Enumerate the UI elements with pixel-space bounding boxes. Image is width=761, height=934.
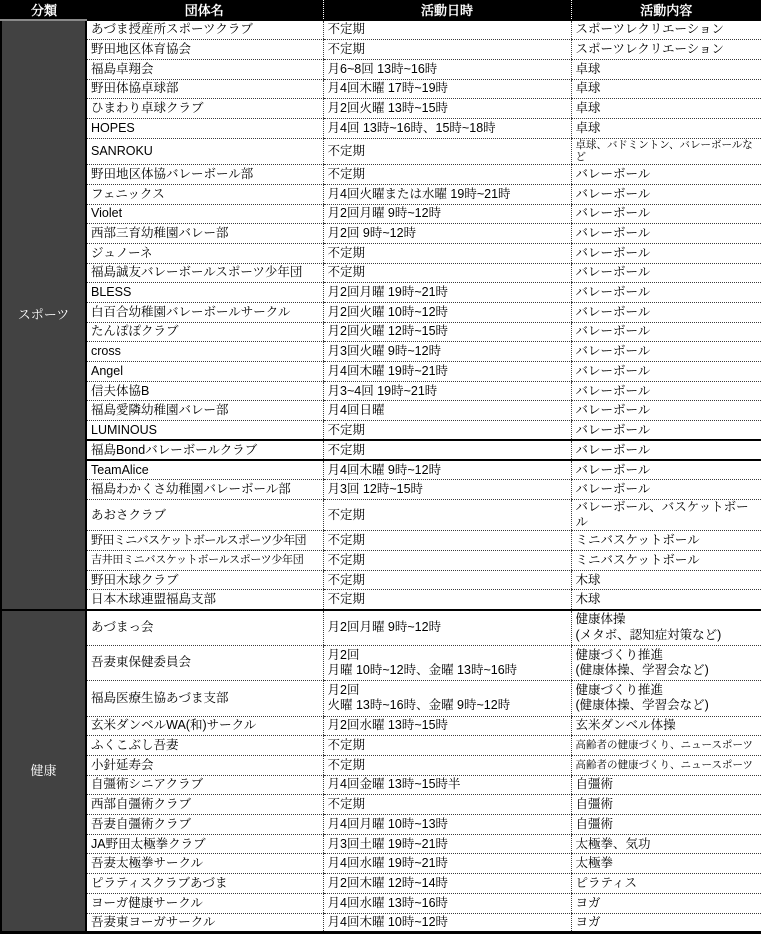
activity-content-cell: 自彊術	[571, 775, 761, 795]
group-name-cell: フェニックス	[86, 184, 323, 204]
activity-content-cell: 自彊術	[571, 795, 761, 815]
table-header: 分類 団体名 活動日時 活動内容	[1, 0, 761, 20]
table-row: TeamAlice月4回木曜 9時~12時バレーボール	[1, 460, 761, 480]
schedule-cell: 不定期	[323, 590, 571, 610]
group-name-cell: あおさクラブ	[86, 499, 323, 531]
activity-content-cell: バレーボール	[571, 165, 761, 185]
table-row: 福島医療生協あづま支部月2回 火曜 13時~16時、金曜 9時~12時健康づくり…	[1, 681, 761, 717]
schedule-cell: 月3回 12時~15時	[323, 480, 571, 500]
table-row: 福島誠友バレーボールスポーツ少年団不定期バレーボール	[1, 263, 761, 283]
group-name-cell: 西部三育幼稚園バレー部	[86, 224, 323, 244]
table-row: 野田地区体育協会不定期スポーツレクリエーション	[1, 40, 761, 60]
schedule-cell: 月4回木曜 19時~21時	[323, 362, 571, 382]
activity-content-cell: 太極拳、気功	[571, 834, 761, 854]
group-name-cell: 西部自彊術クラブ	[86, 795, 323, 815]
column-header-category: 分類	[1, 0, 86, 20]
table-row: 吉井田ミニバスケットボールスポーツ少年団不定期ミニバスケットボール	[1, 551, 761, 571]
group-name-cell: 野田地区体育協会	[86, 40, 323, 60]
schedule-cell: 月4回日曜	[323, 401, 571, 421]
group-name-cell: ひまわり卓球クラブ	[86, 99, 323, 119]
activity-content-cell: バレーボール	[571, 342, 761, 362]
group-name-cell: 日本木球連盟福島支部	[86, 590, 323, 610]
schedule-cell: 不定期	[323, 551, 571, 571]
table-row: 玄米ダンベルWA(和)サークル月2回水曜 13時~15時玄米ダンベル体操	[1, 716, 761, 736]
group-name-cell: HOPES	[86, 118, 323, 138]
group-name-cell: 野田ミニバスケットボールスポーツ少年団	[86, 531, 323, 551]
group-name-cell: 吾妻自彊術クラブ	[86, 815, 323, 835]
group-name-cell: ヨーガ健康サークル	[86, 893, 323, 913]
activity-content-cell: バレーボール	[571, 440, 761, 460]
group-name-cell: 福島医療生協あづま支部	[86, 681, 323, 717]
schedule-cell: 月4回 13時~16時、15時~18時	[323, 118, 571, 138]
table-row: ジュノーネ不定期バレーボール	[1, 243, 761, 263]
group-name-cell: BLESS	[86, 283, 323, 303]
table-row: 自彊術シニアクラブ月4回金曜 13時~15時半自彊術	[1, 775, 761, 795]
table-row: Angel月4回木曜 19時~21時バレーボール	[1, 362, 761, 382]
activity-content-cell: バレーボール、バスケットボール	[571, 499, 761, 531]
schedule-cell: 不定期	[323, 263, 571, 283]
category-cell: 健康	[1, 610, 86, 933]
schedule-cell: 月2回火曜 13時~15時	[323, 99, 571, 119]
activity-content-cell: バレーボール	[571, 243, 761, 263]
schedule-cell: 月2回火曜 12時~15時	[323, 322, 571, 342]
activity-content-cell: バレーボール	[571, 460, 761, 480]
activity-content-cell: 卓球	[571, 59, 761, 79]
schedule-cell: 月4回木曜 10時~12時	[323, 913, 571, 933]
group-name-cell: 玄米ダンベルWA(和)サークル	[86, 716, 323, 736]
activity-content-cell: ミニバスケットボール	[571, 531, 761, 551]
category-cell: スポーツ	[1, 20, 86, 610]
group-name-cell: 野田体協卓球部	[86, 79, 323, 99]
group-name-cell: JA野田太極拳クラブ	[86, 834, 323, 854]
schedule-cell: 不定期	[323, 499, 571, 531]
schedule-cell: 月3回土曜 19時~21時	[323, 834, 571, 854]
group-name-cell: 白百合幼稚園バレーボールサークル	[86, 303, 323, 323]
table-row: 健康あづまっ会月2回月曜 9時~12時健康体操 (メタボ、認知症対策など)	[1, 610, 761, 646]
activity-content-cell: バレーボール	[571, 421, 761, 441]
activity-content-cell: 木球	[571, 590, 761, 610]
table-row: 白百合幼稚園バレーボールサークル月2回火曜 10時~12時バレーボール	[1, 303, 761, 323]
schedule-cell: 月4回木曜 9時~12時	[323, 460, 571, 480]
table-row: 福島卓翔会月6~8回 13時~16時卓球	[1, 59, 761, 79]
group-name-cell: 福島愛隣幼稚園バレー部	[86, 401, 323, 421]
activity-content-cell: 卓球	[571, 118, 761, 138]
table-row: SANROKU不定期卓球、バドミントン、バレーボールなど	[1, 138, 761, 165]
schedule-cell: 月4回金曜 13時~15時半	[323, 775, 571, 795]
activity-content-cell: 健康体操 (メタボ、認知症対策など)	[571, 610, 761, 646]
table-row: 吾妻自彊術クラブ月4回月曜 10時~13時自彊術	[1, 815, 761, 835]
schedule-cell: 月2回月曜 9時~12時	[323, 204, 571, 224]
table-row: 野田木球クラブ不定期木球	[1, 570, 761, 590]
table-row: ふくこぶし吾妻不定期高齢者の健康づくり、ニュースポーツ	[1, 736, 761, 756]
activity-content-cell: 太極拳	[571, 854, 761, 874]
schedule-cell: 月6~8回 13時~16時	[323, 59, 571, 79]
schedule-cell: 不定期	[323, 795, 571, 815]
schedule-cell: 月2回木曜 12時~14時	[323, 874, 571, 894]
activity-content-cell: バレーボール	[571, 322, 761, 342]
schedule-cell: 不定期	[323, 165, 571, 185]
activity-content-cell: バレーボール	[571, 401, 761, 421]
table-row: 福島Bondバレーボールクラブ不定期バレーボール	[1, 440, 761, 460]
table-row: HOPES月4回 13時~16時、15時~18時卓球	[1, 118, 761, 138]
schedule-cell: 月2回 月曜 10時~12時、金曜 13時~16時	[323, 645, 571, 681]
group-name-cell: 吾妻太極拳サークル	[86, 854, 323, 874]
schedule-cell: 月2回月曜 9時~12時	[323, 610, 571, 646]
activity-content-cell: バレーボール	[571, 303, 761, 323]
group-name-cell: ピラティスクラブあづま	[86, 874, 323, 894]
table-row: ヨーガ健康サークル月4回水曜 13時~16時ヨガ	[1, 893, 761, 913]
activity-content-cell: スポーツレクリエーション	[571, 20, 761, 40]
column-header-content: 活動内容	[571, 0, 761, 20]
table-row: 吾妻太極拳サークル月4回水曜 19時~21時太極拳	[1, 854, 761, 874]
group-name-cell: Angel	[86, 362, 323, 382]
table-row: 野田地区体協バレーボール部不定期バレーボール	[1, 165, 761, 185]
group-name-cell: 自彊術シニアクラブ	[86, 775, 323, 795]
table-row: 福島わかくさ幼稚園バレーボール部月3回 12時~15時バレーボール	[1, 480, 761, 500]
table-row: 吾妻東ヨーガサークル月4回木曜 10時~12時ヨガ	[1, 913, 761, 933]
activity-content-cell: ヨガ	[571, 893, 761, 913]
group-name-cell: あづまっ会	[86, 610, 323, 646]
table-row: 日本木球連盟福島支部不定期木球	[1, 590, 761, 610]
table-row: cross月3回火曜 9時~12時バレーボール	[1, 342, 761, 362]
table-row: ピラティスクラブあづま月2回木曜 12時~14時ピラティス	[1, 874, 761, 894]
activity-content-cell: 健康づくり推進 (健康体操、学習会など)	[571, 645, 761, 681]
activity-content-cell: ヨガ	[571, 913, 761, 933]
group-name-cell: 福島誠友バレーボールスポーツ少年団	[86, 263, 323, 283]
schedule-cell: 月4回月曜 10時~13時	[323, 815, 571, 835]
table-row: 野田体協卓球部月4回木曜 17時~19時卓球	[1, 79, 761, 99]
schedule-cell: 不定期	[323, 40, 571, 60]
schedule-cell: 月3回火曜 9時~12時	[323, 342, 571, 362]
activity-content-cell: 健康づくり推進 (健康体操、学習会など)	[571, 681, 761, 717]
group-name-cell: 吾妻東ヨーガサークル	[86, 913, 323, 933]
schedule-cell: 月4回木曜 17時~19時	[323, 79, 571, 99]
group-name-cell: 野田地区体協バレーボール部	[86, 165, 323, 185]
schedule-cell: 不定期	[323, 421, 571, 441]
table-row: ひまわり卓球クラブ月2回火曜 13時~15時卓球	[1, 99, 761, 119]
schedule-cell: 不定期	[323, 243, 571, 263]
table-row: 小針延寿会不定期高齢者の健康づくり、ニュースポーツ	[1, 756, 761, 776]
activity-content-cell: バレーボール	[571, 224, 761, 244]
table-row: 信夫体協B月3~4回 19時~21時バレーボール	[1, 381, 761, 401]
table-row: スポーツあづま授産所スポーツクラブ不定期スポーツレクリエーション	[1, 20, 761, 40]
schedule-cell: 不定期	[323, 756, 571, 776]
group-name-cell: 吉井田ミニバスケットボールスポーツ少年団	[86, 551, 323, 571]
group-name-cell: あづま授産所スポーツクラブ	[86, 20, 323, 40]
table-row: 吾妻東保健委員会月2回 月曜 10時~12時、金曜 13時~16時健康づくり推進…	[1, 645, 761, 681]
page: 分類 団体名 活動日時 活動内容 スポーツあづま授産所スポーツクラブ不定期スポー…	[0, 0, 761, 934]
schedule-cell: 月4回火曜または水曜 19時~21時	[323, 184, 571, 204]
schedule-cell: 月2回月曜 19時~21時	[323, 283, 571, 303]
group-name-cell: 野田木球クラブ	[86, 570, 323, 590]
activity-content-cell: ミニバスケットボール	[571, 551, 761, 571]
community-clubs-table: 分類 団体名 活動日時 活動内容 スポーツあづま授産所スポーツクラブ不定期スポー…	[0, 0, 761, 934]
activity-content-cell: 卓球	[571, 99, 761, 119]
column-header-schedule: 活動日時	[323, 0, 571, 20]
activity-content-cell: 卓球、バドミントン、バレーボールなど	[571, 138, 761, 165]
group-name-cell: Violet	[86, 204, 323, 224]
group-name-cell: 吾妻東保健委員会	[86, 645, 323, 681]
schedule-cell: 月2回 9時~12時	[323, 224, 571, 244]
group-name-cell: TeamAlice	[86, 460, 323, 480]
schedule-cell: 不定期	[323, 531, 571, 551]
activity-content-cell: 高齢者の健康づくり、ニュースポーツ	[571, 756, 761, 776]
schedule-cell: 不定期	[323, 440, 571, 460]
schedule-cell: 月2回 火曜 13時~16時、金曜 9時~12時	[323, 681, 571, 717]
header-row: 分類 団体名 活動日時 活動内容	[1, 0, 761, 20]
activity-content-cell: バレーボール	[571, 362, 761, 382]
activity-content-cell: 自彊術	[571, 815, 761, 835]
table-row: LUMINOUS不定期バレーボール	[1, 421, 761, 441]
schedule-cell: 月2回水曜 13時~15時	[323, 716, 571, 736]
table-row: BLESS月2回月曜 19時~21時バレーボール	[1, 283, 761, 303]
schedule-cell: 不定期	[323, 736, 571, 756]
group-name-cell: cross	[86, 342, 323, 362]
table-row: あおさクラブ不定期バレーボール、バスケットボール	[1, 499, 761, 531]
group-name-cell: ジュノーネ	[86, 243, 323, 263]
schedule-cell: 不定期	[323, 20, 571, 40]
activity-content-cell: バレーボール	[571, 480, 761, 500]
group-name-cell: 福島卓翔会	[86, 59, 323, 79]
activity-content-cell: スポーツレクリエーション	[571, 40, 761, 60]
activity-content-cell: 木球	[571, 570, 761, 590]
table-row: 福島愛隣幼稚園バレー部月4回日曜バレーボール	[1, 401, 761, 421]
column-header-name: 団体名	[86, 0, 323, 20]
schedule-cell: 不定期	[323, 570, 571, 590]
schedule-cell: 月3~4回 19時~21時	[323, 381, 571, 401]
activity-content-cell: 玄米ダンベル体操	[571, 716, 761, 736]
table-body: スポーツあづま授産所スポーツクラブ不定期スポーツレクリエーション野田地区体育協会…	[1, 20, 761, 933]
table-row: フェニックス月4回火曜または水曜 19時~21時バレーボール	[1, 184, 761, 204]
schedule-cell: 月4回水曜 19時~21時	[323, 854, 571, 874]
activity-content-cell: バレーボール	[571, 204, 761, 224]
group-name-cell: 小針延寿会	[86, 756, 323, 776]
schedule-cell: 月4回水曜 13時~16時	[323, 893, 571, 913]
table-row: 野田ミニバスケットボールスポーツ少年団不定期ミニバスケットボール	[1, 531, 761, 551]
group-name-cell: 信夫体協B	[86, 381, 323, 401]
table-row: 西部三育幼稚園バレー部月2回 9時~12時バレーボール	[1, 224, 761, 244]
group-name-cell: ふくこぶし吾妻	[86, 736, 323, 756]
activity-content-cell: 高齢者の健康づくり、ニュースポーツ	[571, 736, 761, 756]
schedule-cell: 不定期	[323, 138, 571, 165]
schedule-cell: 月2回火曜 10時~12時	[323, 303, 571, 323]
table-row: たんぽぽクラブ月2回火曜 12時~15時バレーボール	[1, 322, 761, 342]
group-name-cell: たんぽぽクラブ	[86, 322, 323, 342]
activity-content-cell: 卓球	[571, 79, 761, 99]
group-name-cell: 福島Bondバレーボールクラブ	[86, 440, 323, 460]
table-row: 西部自彊術クラブ不定期自彊術	[1, 795, 761, 815]
group-name-cell: LUMINOUS	[86, 421, 323, 441]
group-name-cell: SANROKU	[86, 138, 323, 165]
activity-content-cell: バレーボール	[571, 184, 761, 204]
activity-content-cell: バレーボール	[571, 263, 761, 283]
group-name-cell: 福島わかくさ幼稚園バレーボール部	[86, 480, 323, 500]
table-row: JA野田太極拳クラブ月3回土曜 19時~21時太極拳、気功	[1, 834, 761, 854]
activity-content-cell: ピラティス	[571, 874, 761, 894]
activity-content-cell: バレーボール	[571, 283, 761, 303]
table-row: Violet月2回月曜 9時~12時バレーボール	[1, 204, 761, 224]
activity-content-cell: バレーボール	[571, 381, 761, 401]
